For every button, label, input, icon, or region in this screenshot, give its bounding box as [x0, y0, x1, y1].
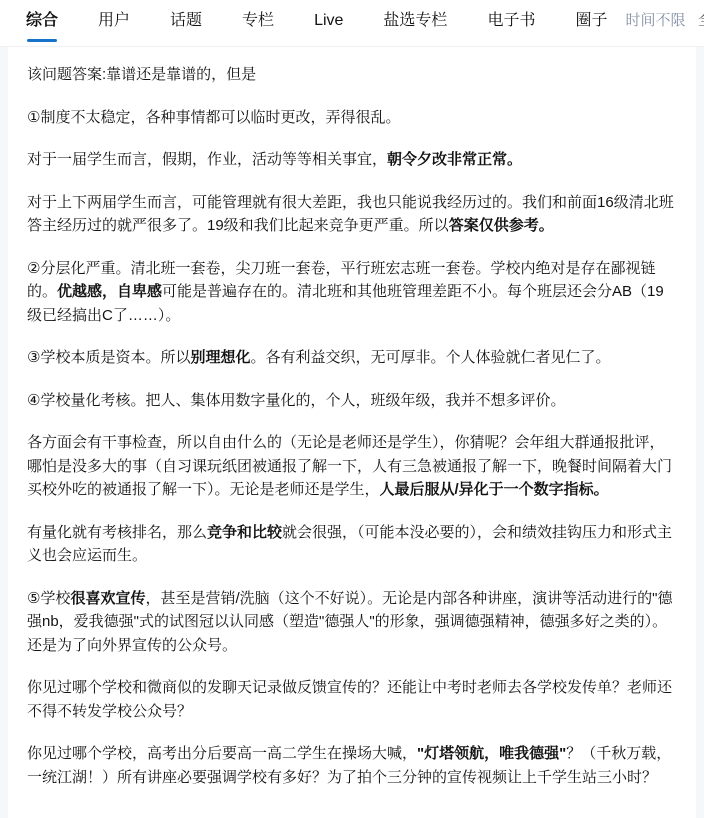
bold-text-run: 人最后服从/异化于一个数字指标。 — [380, 481, 609, 498]
answer-paragraph: ①制度不太稳定，各种事情都可以临时更改，弄得很乱。 — [27, 106, 676, 130]
answer-paragraph: ②分层化严重。清北班一套卷，尖刀班一套卷，平行班宏志班一套卷。学校内绝对是存在鄙… — [27, 257, 676, 328]
answer-paragraph: 各方面会有干事检查，所以自由什么的（无论是老师还是学生），你猜呢？会年组大群通报… — [27, 431, 676, 502]
text-run: 该问题答案:靠谱还是靠谱的，但是 — [27, 66, 256, 83]
text-run: ①制度不太稳定，各种事情都可以临时更改，弄得很乱。 — [27, 109, 400, 126]
search-nav: 综合用户话题专栏Live盐选专栏电子书圈子 时间不限 全 — [0, 0, 704, 47]
tab-paid-column[interactable]: 盐选专栏 — [383, 0, 447, 46]
answer-paragraph: 有量化就有考核排名，那么竞争和比较就会很强，（可能本没必要的），会和绩效挂钩压力… — [27, 521, 676, 568]
answer-paragraph: ⑤学校很喜欢宣传，甚至是营销/洗脑（这个不好说）。无论是内部各种讲座，演讲等活动… — [27, 587, 676, 658]
tab-users[interactable]: 用户 — [98, 0, 130, 46]
text-run: 你见过哪个学校和微商似的发聊天记录做反馈宣传的？还能让中考时老师去各学校发传单？… — [27, 679, 672, 720]
tab-columns[interactable]: 专栏 — [242, 0, 274, 46]
text-run: 。各有利益交织，无可厚非。个人体验就仁者见仁了。 — [250, 349, 610, 366]
bold-text-run: "灯塔领航，唯我德强" — [417, 745, 566, 762]
answer-card: 该问题答案:靠谱还是靠谱的，但是①制度不太稳定，各种事情都可以临时更改，弄得很乱… — [8, 47, 696, 818]
text-run: ③学校本质是资本。所以 — [27, 349, 190, 366]
time-filter-dropdown[interactable]: 时间不限 — [625, 0, 685, 46]
text-run: ⑤学校 — [27, 590, 70, 607]
answer-paragraph: ④学校量化考核。把人、集体用数字量化的，个人，班级年级，我并不想多评价。 — [27, 389, 676, 413]
bold-text-run: 优越感，自卑感 — [57, 283, 162, 300]
tab-general[interactable]: 综合 — [26, 0, 58, 46]
text-run: 你见过哪个学校，高考出分后要高一高二学生在操场大喊， — [27, 745, 417, 762]
bold-text-run: 很喜欢宣传 — [70, 590, 145, 607]
answer-content: 该问题答案:靠谱还是靠谱的，但是①制度不太稳定，各种事情都可以临时更改，弄得很乱… — [27, 63, 676, 789]
answer-paragraph: ③学校本质是资本。所以别理想化。各有利益交织，无可厚非。个人体验就仁者见仁了。 — [27, 346, 676, 370]
bold-text-run: 别理想化 — [190, 349, 250, 366]
text-run: ④学校量化考核。把人、集体用数字量化的，个人，班级年级，我并不想多评价。 — [27, 392, 565, 409]
tab-topics[interactable]: 话题 — [170, 0, 202, 46]
bold-text-run: 竞争和比较 — [207, 524, 282, 541]
bold-text-run: 答案仅供参考。 — [449, 217, 554, 234]
answer-paragraph: 你见过哪个学校，高考出分后要高一高二学生在操场大喊，"灯塔领航，唯我德强"？（千… — [27, 742, 676, 789]
tab-circles[interactable]: 圈子 — [575, 0, 607, 46]
tab-live[interactable]: Live — [314, 0, 343, 46]
clipped-next-filter[interactable]: 全 — [698, 0, 704, 46]
text-run: 对于上下两届学生而言，可能管理就有很大差距，我也只能说我经历过的。我们和前面16… — [27, 194, 674, 235]
answer-paragraph: 你见过哪个学校和微商似的发聊天记录做反馈宣传的？还能让中考时老师去各学校发传单？… — [27, 676, 676, 723]
bold-text-run: 朝令夕改非常正常。 — [387, 151, 522, 168]
answer-paragraph: 对于一届学生而言，假期，作业，活动等等相关事宜，朝令夕改非常正常。 — [27, 148, 676, 172]
text-run: 有量化就有考核排名，那么 — [27, 524, 207, 541]
answer-paragraph: 对于上下两届学生而言，可能管理就有很大差距，我也只能说我经历过的。我们和前面16… — [27, 191, 676, 238]
text-run: 对于一届学生而言，假期，作业，活动等等相关事宜， — [27, 151, 387, 168]
answer-paragraph: 该问题答案:靠谱还是靠谱的，但是 — [27, 63, 676, 87]
tab-ebooks[interactable]: 电子书 — [487, 0, 535, 46]
